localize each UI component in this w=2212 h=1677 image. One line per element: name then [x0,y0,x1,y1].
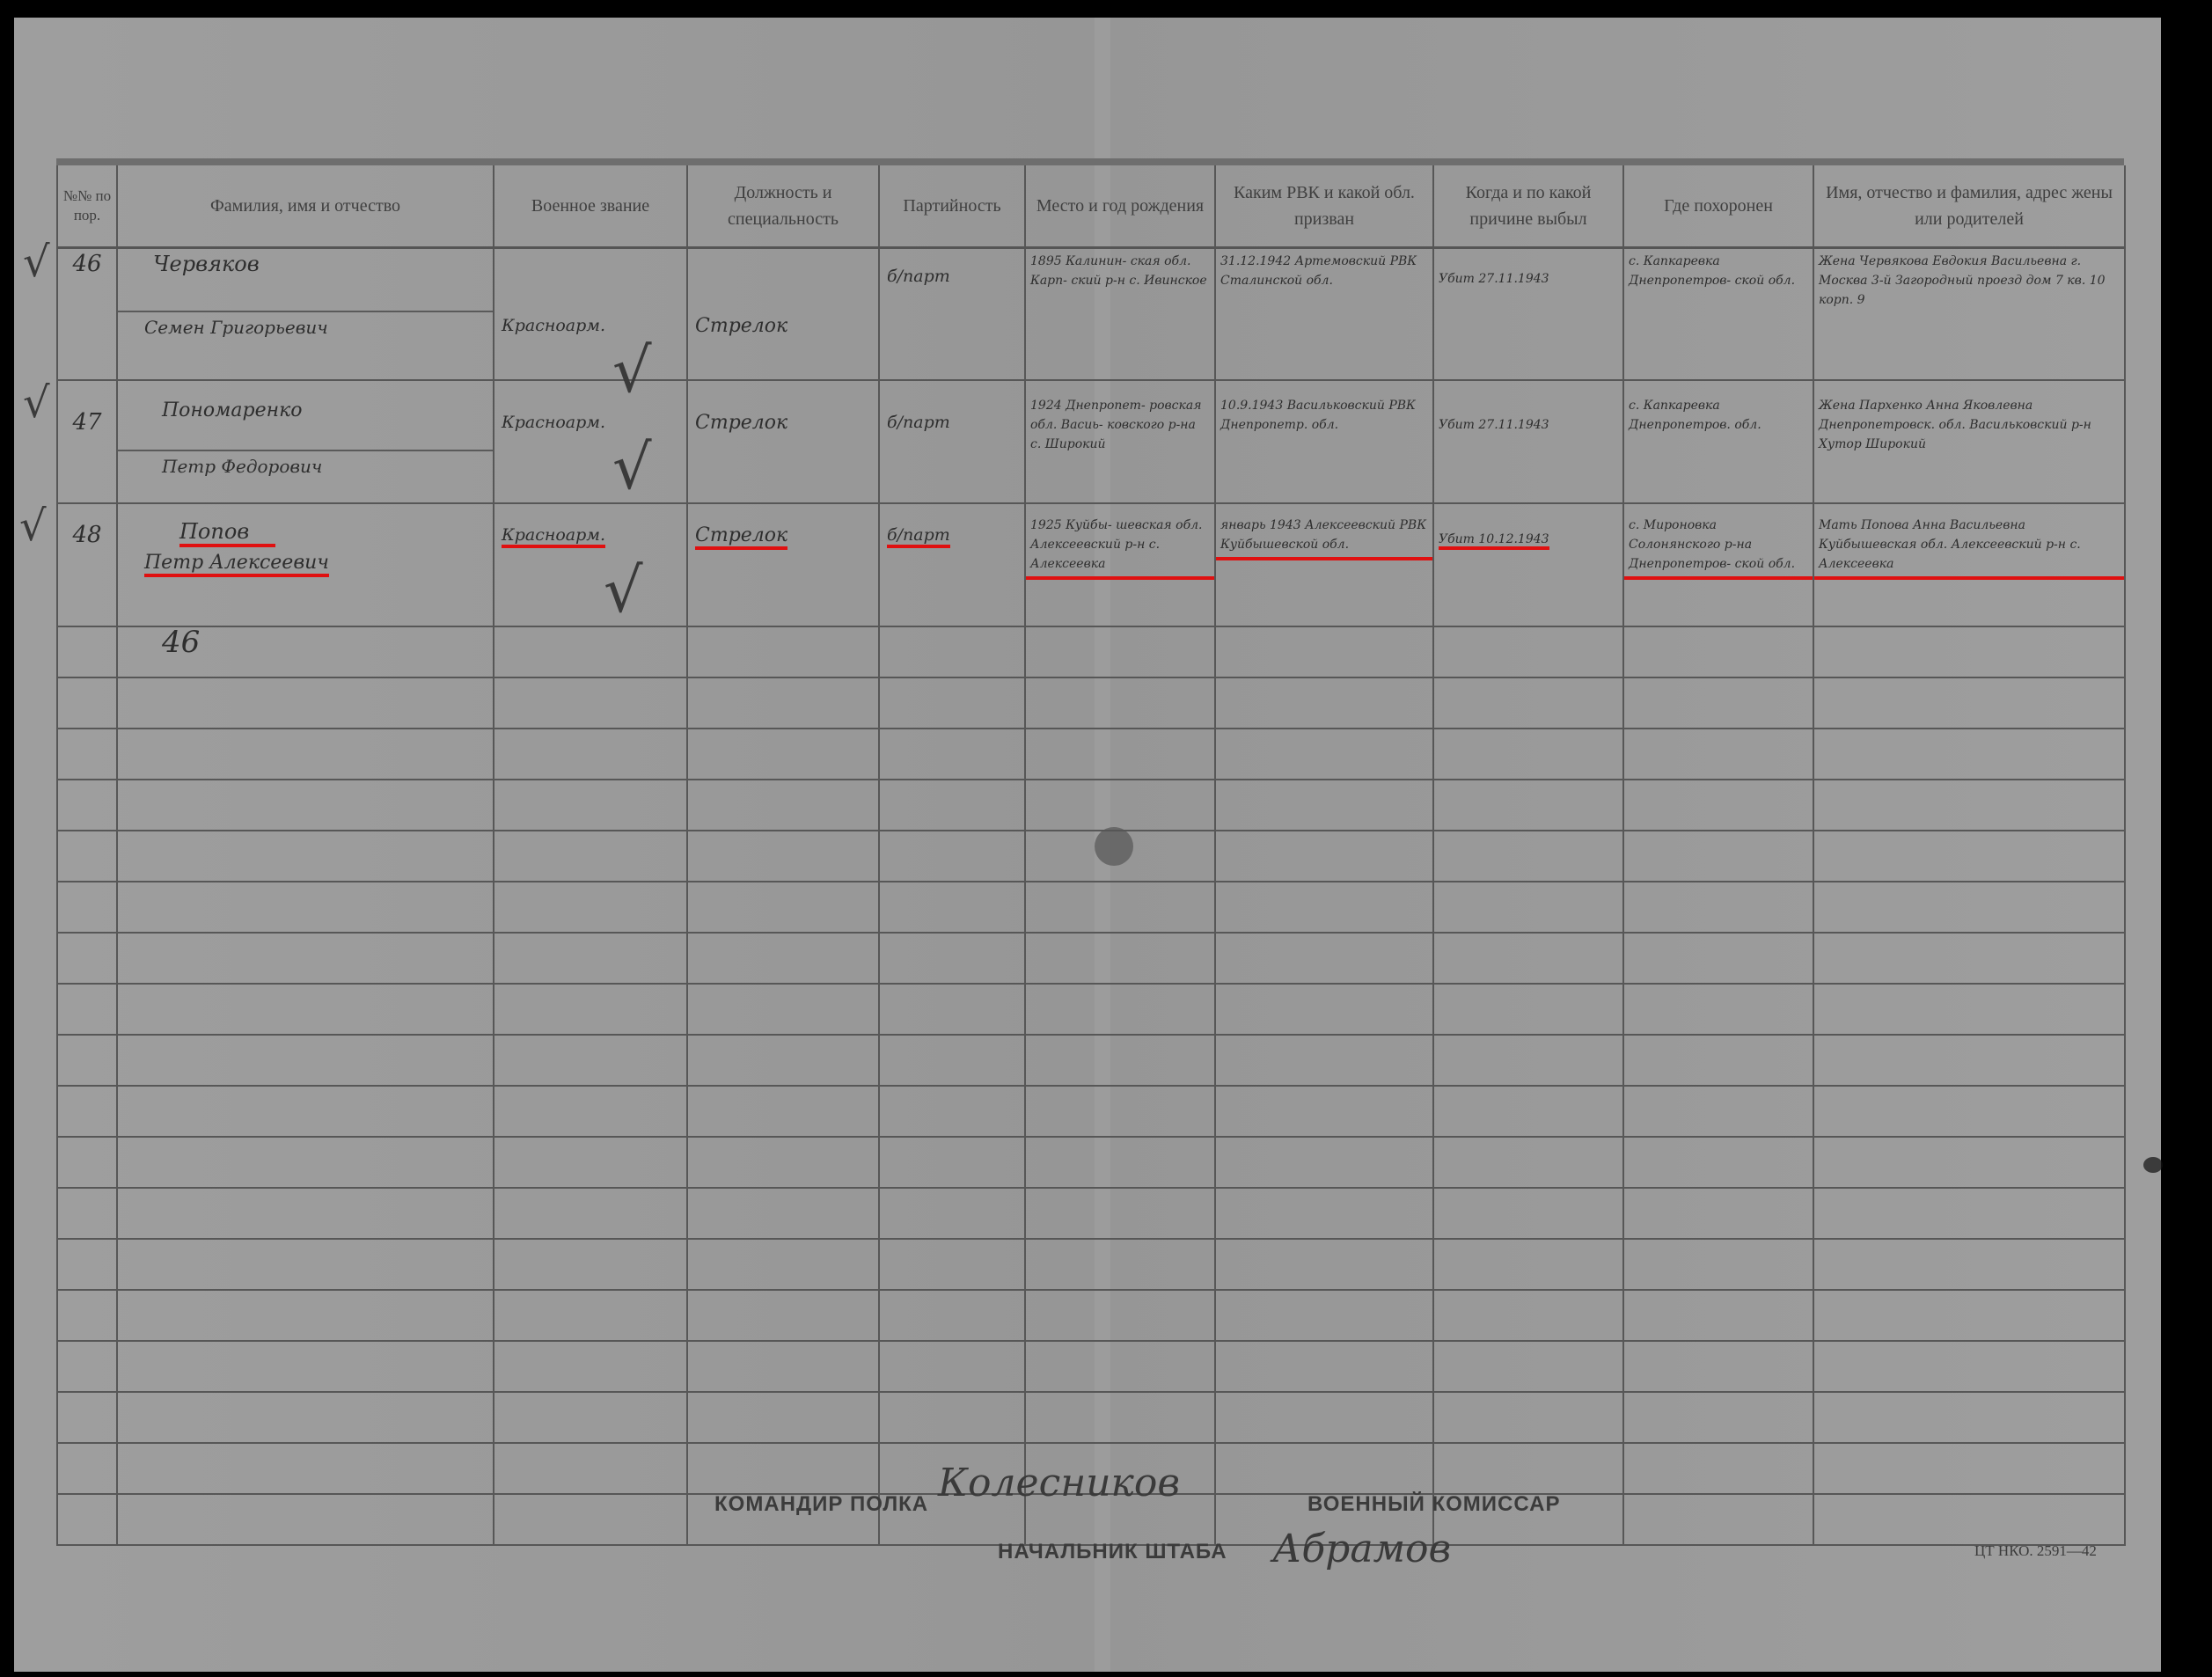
commander-signature: Колесников [938,1461,1180,1505]
table-row: 47 Пономаренко Петр Федорович Красноарм.… [57,380,2125,503]
relatives-address: Мать Попова Анна Васильевна Куйбышевская… [1814,513,2124,580]
burial-place: с. Капкаревка Днепропетров. обл. [1624,393,1813,437]
draft-office: январь 1943 Алексеевский РВК Куйбышевско… [1216,513,1432,560]
col-header-position: Должность и специальность [687,165,879,248]
header-row: №№ по пор. Фамилия, имя и отчество Военн… [57,165,2125,248]
casualty-register-table: №№ по пор. Фамилия, имя и отчество Военн… [56,165,2126,1546]
checkmark-icon: √ [19,502,47,551]
col-header-party: Партийность [879,165,1025,248]
col-header-buried: Где похоронен [1623,165,1813,248]
document-page: №№ по пор. Фамилия, имя и отчество Военн… [14,18,2161,1672]
form-code: ЦТ НКО. 2591—42 [1974,1542,2097,1560]
empty-row [57,1188,2125,1239]
position: Стрелок [688,311,878,341]
burial-place: с. Капкаревка Днепропетров- ской обл. [1624,249,1813,293]
burial-place: с. Мироновка Солонянского р-на Днепропет… [1624,513,1813,580]
party: б/парт [880,407,1024,438]
table-row: 48 Попов Петр Алексеевич Красноарм. Стре… [57,503,2125,626]
relatives-address: Жена Червякова Евдокия Васильевна г. Мос… [1814,249,2124,312]
party: б/парт [880,261,1024,292]
birth-place-year: 1895 Калинин- ская обл. Карп- ский р-н с… [1026,249,1214,293]
checkmark-icon: √ [23,378,50,428]
position: Стрелок [688,520,878,551]
draft-office: 31.12.1942 Артемовский РВК Сталинской об… [1216,249,1432,293]
ink-stain [1095,827,1133,866]
checkmark-icon: √ [612,431,652,503]
chief-signature: Абрамов [1272,1527,1451,1571]
empty-row [57,780,2125,831]
rank: Красноарм. [494,520,686,551]
col-header-name: Фамилия, имя и отчество [117,165,494,248]
chief-of-staff-label: НАЧАЛЬНИК ШТАБА [998,1540,1227,1564]
table-row: 46 Червяков Семен Григорьевич Красноарм.… [57,248,2125,380]
draft-office: 10.9.1943 Васильковский РВК Днепропетр. … [1216,393,1432,437]
col-header-birth: Место и год рождения [1025,165,1215,248]
rank: Красноарм. [494,407,686,438]
left-reason: Убит 27.11.1943 [1434,413,1622,437]
surname: Попов [118,504,493,547]
empty-row [57,677,2125,729]
commander-label: КОМАНДИР ПОЛКА [714,1492,928,1517]
surname: Червяков [118,249,493,312]
position: Стрелок [688,407,878,438]
commissar-label: ВОЕННЫЙ КОМИССАР [1307,1492,1560,1517]
col-header-left: Когда и по какой причине выбыл [1433,165,1623,248]
checkmark-icon: √ [612,334,652,406]
relatives-address: Жена Пархенко Анна Яковлевна Днепропетро… [1814,393,2124,457]
rank: Красноарм. [494,311,686,341]
empty-row: 46 [57,626,2125,677]
row-number: 47 [58,407,116,438]
left-reason: Убит 10.12.1943 [1434,527,1622,552]
empty-row [57,831,2125,882]
empty-row [57,933,2125,984]
empty-row [57,1341,2125,1392]
name-patronymic: Петр Алексеевич [118,547,493,578]
checkmark-icon: √ [23,238,50,287]
margin-mark: 46 [118,627,493,658]
empty-row [57,1290,2125,1341]
empty-row [57,1239,2125,1290]
row-number: 48 [58,520,116,551]
left-reason: Убит 27.11.1943 [1434,267,1622,291]
birth-place-year: 1924 Днепропет- ровская обл. Васиь- ковс… [1026,393,1214,457]
empty-row [57,1392,2125,1443]
birth-place-year: 1925 Куйбы- шевская обл. Алексеевский р-… [1026,513,1214,580]
name-patronymic: Петр Федорович [118,451,493,482]
empty-row [57,729,2125,780]
party: б/парт [880,520,1024,551]
empty-row [57,1086,2125,1137]
punch-hole [2143,1157,2163,1173]
empty-row [57,1035,2125,1086]
checkmark-icon: √ [604,554,643,626]
empty-row [57,984,2125,1035]
col-header-number: №№ по пор. [57,165,117,248]
surname: Пономаренко [118,381,493,451]
empty-row [57,1137,2125,1188]
col-header-relatives: Имя, отчество и фамилия, адрес жены или … [1813,165,2125,248]
row-number: 46 [58,249,116,280]
empty-row [57,882,2125,933]
name-patronymic: Семен Григорьевич [118,312,493,343]
col-header-draft: Каким РВК и какой обл. призван [1215,165,1433,248]
header-rule [56,158,2124,165]
col-header-rank: Военное звание [494,165,687,248]
